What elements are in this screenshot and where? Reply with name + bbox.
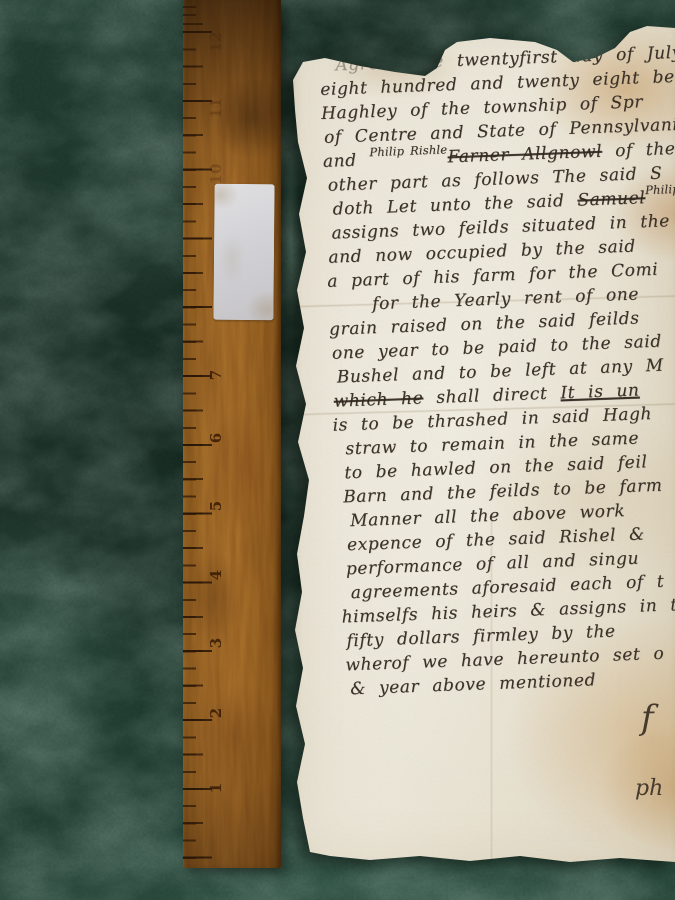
handwriting-segment: Agreed the [335,51,457,75]
handwriting-segment: Farner Allgnowl [447,142,602,168]
wooden-ruler: 1234567101112 [183,0,281,868]
ruler-number: 7 [207,364,225,386]
ruler-number: 5 [207,495,225,517]
ruler-number: 4 [207,564,225,586]
wood-grain-texture [183,0,281,868]
signature-fragment: ph [635,776,663,801]
ruler-number: 6 [207,427,225,449]
handwriting-segment: and [323,150,370,172]
ruler-number: 2 [207,702,225,724]
ruler-number: 3 [207,632,225,654]
document-text: Agreed the twentyfirst day of Julyeight … [319,40,675,701]
handwriting-segment: Philip [645,177,675,202]
document-paper: Agreed the twentyfirst day of Julyeight … [285,18,675,870]
photo-canvas: 1234567101112 Agreed the twentyfirst day… [0,0,675,900]
ruler-number: 11 [207,97,225,119]
handwriting-segment: which he [333,388,423,411]
handwriting-segment: shall direct [423,383,561,408]
tape-label [213,184,274,321]
ruler-tick-strip-half [183,0,203,866]
ruler-number: 1 [207,777,225,799]
ruler-number: 10 [207,163,225,185]
ruler-number: 12 [207,31,225,53]
handwriting-segment: of the sa [602,138,675,162]
handwriting-segment: Samuel [577,188,646,210]
ruler-tick-strip-quarter [183,0,196,866]
paper-shadow-wrap: Agreed the twentyfirst day of Julyeight … [285,18,675,870]
signature-fragment: f [641,698,654,738]
handwriting-segment: It is un [560,380,640,403]
handwriting-segment: Philip Rishle [369,137,448,164]
